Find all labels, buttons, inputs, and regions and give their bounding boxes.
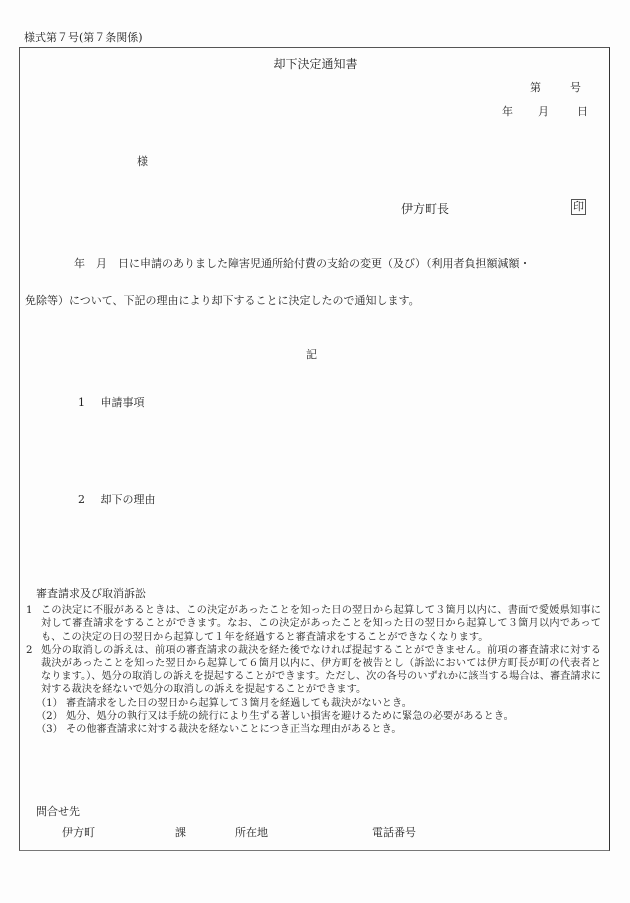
appeal-item-2-text: 処分の取消しの訴えは、前項の審査請求の裁決を経た後でなければ提起することができま…	[41, 644, 601, 697]
appeal-sub-item-2: （2）処分、処分の執行又は手続の続行により生ずる著しい損害を避けるために緊急の必…	[36, 710, 601, 723]
contact-phone-label: 電話番号	[372, 824, 416, 840]
seal-mark: 印	[571, 199, 586, 215]
date-year: 年	[502, 103, 513, 119]
appeal-item-1-number: 1	[26, 604, 41, 644]
body-text-line-2: 免除等）について、下記の理由により却下することに決定したので通知します。	[25, 292, 420, 308]
appeal-notice: 審査請求及び取消訴訟 1 この決定に不服があるときは、この決定があったことを知っ…	[26, 587, 601, 736]
section-1-number: 1	[78, 396, 85, 409]
section-2-label: 却下の理由	[101, 493, 156, 506]
sub-item-1-number: （1）	[36, 697, 66, 710]
appeal-sub-item-1: （1）審査請求をした日の翌日から起算して３箇月を経過しても裁決がないとき。	[36, 697, 601, 710]
seal-icon: 印	[571, 199, 586, 215]
sub-item-1-text: 審査請求をした日の翌日から起算して３箇月を経過しても裁決がないとき。	[66, 698, 412, 709]
appeal-item-2-number: 2	[26, 644, 41, 697]
sub-item-3-number: （3）	[36, 723, 66, 736]
appeal-heading: 審査請求及び取消訴訟	[36, 587, 601, 600]
appeal-item-1-text: この決定に不服があるときは、この決定があったことを知った日の翌日から起算して３箇…	[41, 604, 601, 644]
sub-item-2-text: 処分、処分の執行又は手続の続行により生ずる著しい損害を避けるために緊急の必要があ…	[66, 711, 514, 722]
appeal-sub-item-3: （3）その他審査請求に対する裁決を経ないことにつき正当な理由があるとき。	[36, 723, 601, 736]
sub-item-2-number: （2）	[36, 710, 66, 723]
addressee-suffix: 様	[137, 153, 148, 169]
body-text-line-1: 年 月 日に申請のありました障害児通所給付費の支給の変更（及び）（利用者負担額減…	[74, 255, 531, 271]
section-2: 2 却下の理由	[78, 491, 156, 507]
form-number-label: 様式第７号(第７条関係)	[24, 29, 143, 45]
date-month: 月	[538, 103, 549, 119]
document-title: 却下決定通知書	[20, 55, 611, 72]
date-day: 日	[577, 103, 588, 119]
ki-marker: 記	[306, 346, 317, 362]
number-prefix: 第	[530, 79, 541, 95]
section-2-number: 2	[78, 493, 85, 506]
appeal-item-1: 1 この決定に不服があるときは、この決定があったことを知った日の翌日から起算して…	[26, 604, 601, 644]
notice-document-frame: 却下決定通知書 第 号 年 月 日 様 伊方町長 印 年 月 日に申請のありまし…	[19, 47, 610, 851]
contact-heading: 問合せ先	[36, 803, 80, 819]
appeal-item-2: 2 処分の取消しの訴えは、前項の審査請求の裁決を経た後でなければ提起することがで…	[26, 644, 601, 697]
issuer-name: 伊方町長	[401, 200, 449, 217]
sub-item-3-text: その他審査請求に対する裁決を経ないことにつき正当な理由があるとき。	[66, 724, 402, 735]
section-1: 1 申請事項	[78, 394, 145, 410]
contact-address-label: 所在地	[235, 824, 268, 840]
section-1-label: 申請事項	[101, 396, 145, 409]
contact-town: 伊方町	[62, 824, 95, 840]
contact-section: 課	[175, 824, 186, 840]
number-suffix: 号	[570, 79, 581, 95]
